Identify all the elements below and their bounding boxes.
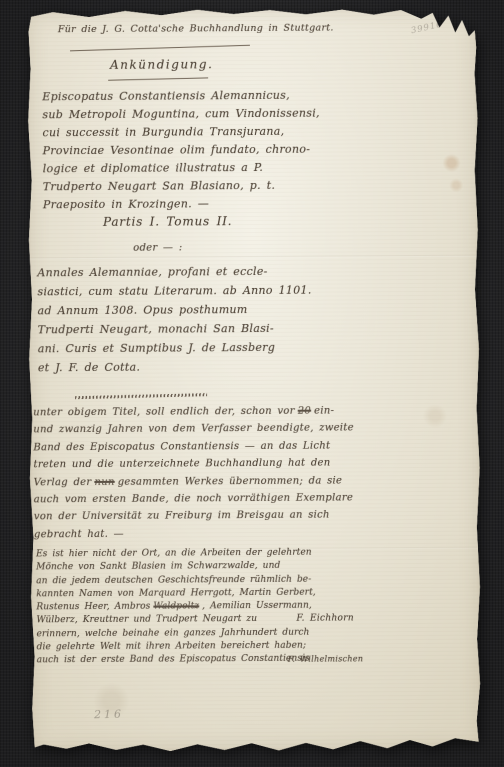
latin-title-block: Episcopatus Constantiensis Alemannicus, … [42, 87, 320, 215]
manuscript-line: ani. Curis et Sumptibus J. de Lassberg [38, 338, 312, 359]
german-paragraph-2: Es ist hier nicht der Ort, an die Arbeit… [36, 547, 316, 668]
line-text: ein- [314, 406, 334, 417]
manuscript-line: Episcopatus Constantiensis Alemannicus, [42, 87, 320, 107]
manuscript-line: et J. F. de Cotta. [38, 357, 312, 378]
struck-word: nun [94, 476, 114, 487]
line-text: , Aemilian Ussermann, [202, 601, 312, 612]
line-text: Rustenus Heer, Ambros [36, 602, 150, 613]
paper-sheet-wrap: Für die J. G. Cotta'sche Buchhandlung in… [26, 7, 483, 754]
manuscript-line: Verlag dernungesammten Werkes übernommen… [34, 472, 355, 491]
manuscript-paper: Für die J. G. Cotta'sche Buchhandlung in… [26, 7, 483, 754]
announcement-heading: Ankündigung. [110, 57, 213, 72]
manuscript-line: Annales Alemanniae, profani et eccle- [37, 262, 311, 283]
manuscript-line: logice et diplomatice illustratus a P. [43, 159, 321, 179]
line-text: Verlag der [34, 477, 92, 488]
volume-line: Partis I. Tomus II. [103, 214, 232, 229]
margin-note-eichhorn: F. Eichhorn [296, 613, 354, 623]
manuscript-line: sub Metropoli Moguntina, cum Vindonissen… [42, 105, 320, 125]
margin-note-second: F. Wilhelmischen [288, 654, 364, 663]
manuscript-line: treten und die unterzeichnete Buchhandlu… [33, 455, 354, 474]
manuscript-line: unter obigem Titel, soll endlich der, sc… [33, 402, 354, 421]
manuscript-line: cui successit in Burgundia Transjurana, [42, 123, 320, 143]
line-text: gesammten Werkes übernommen; da sie [118, 475, 343, 487]
latin-subtitle-block: Annales Alemanniae, profani et eccle- si… [37, 262, 312, 378]
manuscript-line: Trudperti Neugart, monachi San Blasi- [38, 319, 312, 340]
manuscript-line: auch vom ersten Bande, die noch vorräthi… [34, 489, 355, 508]
connector-word: oder — : [133, 242, 182, 253]
manuscript-line: von der Universität zu Freiburg im Breis… [34, 507, 355, 526]
paper-crease [27, 255, 479, 260]
manuscript-line: Praeposito in Krozingen. — [43, 195, 321, 215]
heading-underline [108, 77, 208, 80]
pencil-mark-top-right: 39916 [410, 20, 443, 37]
manuscript-line: siastici, cum statu Literarum. ab Anno 1… [37, 281, 311, 302]
struck-word: Waldpoltz [153, 602, 199, 612]
dedication-line: Für die J. G. Cotta'sche Buchhandlung in… [58, 23, 334, 36]
manuscript-line: gebracht hat. — [34, 524, 355, 543]
manuscript-line: ad Annum 1308. Opus posthumum [38, 300, 312, 321]
german-paragraph-1: unter obigem Titel, soll endlich der, sc… [33, 402, 354, 543]
dedication-underline [70, 45, 250, 51]
line-text: unter obigem Titel, soll endlich der, sc… [33, 406, 295, 419]
pencil-mark-bottom-left: 216 [94, 708, 124, 722]
manuscript-line: Provinciae Vesontinae olim fundato, chro… [43, 141, 321, 161]
struck-word: 20 [298, 406, 311, 417]
manuscript-line: auch ist der erste Band des Episcopatus … [37, 653, 317, 668]
manuscript-line: und zwanzig Jahren von dem Verfasser bee… [33, 420, 354, 439]
manuscript-line: Trudperto Neugart San Blasiano, p. t. [43, 177, 321, 197]
squiggle-separator [75, 393, 207, 399]
scan-backdrop: Für die J. G. Cotta'sche Buchhandlung in… [0, 0, 504, 767]
manuscript-line: Band des Episcopatus Constantiensis — an… [33, 437, 354, 456]
